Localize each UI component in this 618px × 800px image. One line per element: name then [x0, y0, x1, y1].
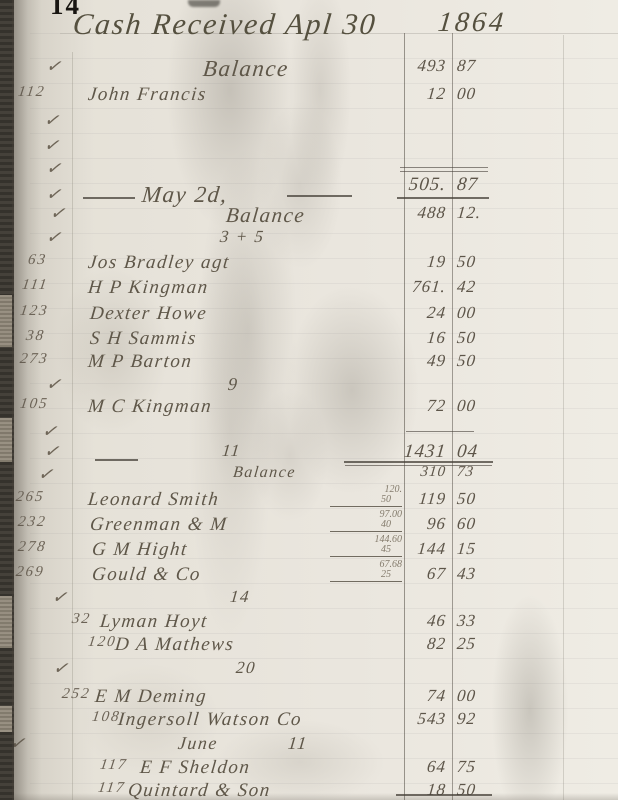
check-mark-icon: ✓	[45, 226, 62, 248]
ledger-row: ✓3 + 5	[0, 227, 618, 253]
binding-fabric-patch	[0, 295, 12, 347]
check-mark-icon: ✓	[43, 109, 60, 131]
amount-cents: 43	[456, 564, 508, 584]
amount-cents: 00	[456, 84, 508, 104]
amount-dollars: 67	[335, 564, 447, 584]
amount-cents: 87	[456, 56, 508, 76]
book-binding-edge	[0, 0, 14, 800]
amount-dollars: 72	[335, 396, 447, 416]
entry-name: M P Barton	[87, 351, 194, 373]
amount-dollars: 310	[335, 464, 447, 481]
entry-name: S H Sammis	[89, 328, 198, 350]
ledger-row: 232Greenman & M97.00409660	[0, 514, 618, 540]
page-title: Cash Received Apl 30	[71, 8, 378, 42]
amount-dollars: 46	[335, 611, 447, 631]
ledger-row: 105M C Kingman7200	[0, 396, 618, 422]
amount-dollars: 18	[335, 780, 447, 800]
amount-dollars: 543	[335, 709, 447, 729]
ledger-row: 278G M Hight144.604514415	[0, 539, 618, 565]
amount-dollars: 12	[335, 84, 447, 104]
check-mark-icon: ✓	[37, 463, 54, 485]
ledger-row: ✓Balance48812.	[0, 203, 618, 229]
account-number: 123	[19, 303, 50, 320]
account-number: 63	[27, 252, 48, 269]
amount-cents: 00	[456, 303, 508, 323]
ledger-row: ✓20	[0, 658, 618, 684]
amount-dollars: 19	[335, 252, 447, 272]
amount-cents: 92	[456, 709, 508, 729]
entry-name: H P Kingman	[87, 277, 210, 299]
page-year: 1864	[436, 7, 507, 39]
amount-cents: 33	[456, 611, 508, 631]
amount-dollars: 761.	[335, 277, 447, 297]
check-mark-icon: ✓	[52, 657, 69, 679]
amount-dollars: 82	[335, 634, 447, 654]
account-number: 265	[15, 489, 46, 506]
amount-cents: 50	[456, 351, 508, 371]
entry-name: Dexter Howe	[89, 303, 209, 325]
binding-fabric-patch	[0, 418, 12, 462]
entry-name: 14	[229, 587, 251, 607]
account-number: 32	[71, 611, 92, 628]
amount-dollars: 16	[335, 328, 447, 348]
check-mark-icon: ✓	[43, 440, 60, 462]
account-number: 38	[25, 328, 46, 345]
amount-dollars: 505.	[335, 174, 447, 196]
account-number: 232	[17, 514, 48, 531]
scan-smudge	[188, 0, 220, 7]
ledger-row: ✓Balance31073	[0, 464, 618, 490]
ledger-row: ✓June11	[0, 733, 618, 759]
entry-name: G M Hight	[91, 539, 189, 561]
entry-name: Greenman & M	[89, 514, 229, 536]
ledger-row: 111H P Kingman761.42	[0, 277, 618, 303]
amount-cents: 87	[456, 174, 508, 196]
entry-name: Quintard & Son	[127, 780, 272, 800]
check-mark-icon: ✓	[49, 202, 66, 224]
amount-cents: 00	[456, 396, 508, 416]
ledger-row: ✓May 2d,505.87	[0, 174, 618, 200]
entry-name: 20	[235, 658, 257, 678]
check-mark-icon: ✓	[41, 420, 58, 442]
amount-cents: 00	[456, 686, 508, 706]
account-number: 269	[15, 564, 46, 581]
account-number: 278	[17, 539, 48, 556]
ledger-row: 123Dexter Howe2400	[0, 303, 618, 329]
account-number: 120	[87, 634, 118, 651]
entry-name: 3 + 5	[219, 227, 266, 247]
amount-dollars: 144	[335, 539, 447, 559]
amount-cents: 50	[456, 780, 508, 800]
account-number: 105	[19, 396, 50, 413]
account-number: 117	[99, 757, 129, 774]
entry-name: June	[177, 733, 219, 754]
amount-cents: 25	[456, 634, 508, 654]
entry-name: D A Mathews	[114, 634, 236, 656]
check-mark-icon: ✓	[45, 373, 62, 395]
amount-dollars: 74	[335, 686, 447, 706]
entry-name: 11	[287, 733, 309, 754]
amount-dollars: 49	[335, 351, 447, 371]
entry-name: Balance	[225, 203, 307, 228]
entry-name: Balance	[232, 464, 297, 482]
amount-dollars: 1431	[335, 441, 447, 463]
ledger-row: ✓Balance49387	[0, 56, 618, 82]
binding-fabric-patch	[0, 596, 12, 648]
check-mark-icon: ✓	[43, 134, 60, 156]
amount-cents: 04	[456, 441, 508, 463]
amount-cents: 15	[456, 539, 508, 559]
entry-name: Lyman Hoyt	[99, 611, 209, 633]
entry-name: 9	[227, 374, 240, 395]
entry-name: Gould & Co	[91, 564, 202, 586]
entry-name: Leonard Smith	[87, 489, 221, 511]
ledger-page: 14 Cash Received Apl 30 1864 ✓Balance493…	[0, 0, 618, 800]
amount-cents: 50	[456, 328, 508, 348]
entry-name: John Francis	[87, 84, 208, 106]
account-number: 273	[19, 351, 50, 368]
check-mark-icon: ✓	[45, 55, 62, 77]
account-number: 117	[97, 780, 127, 797]
entry-name: E F Sheldon	[139, 757, 252, 779]
ledger-row: ✓14	[0, 587, 618, 613]
ledger-row: 117Quintard & Son1850	[0, 780, 618, 800]
amount-cents: 12.	[456, 203, 508, 223]
account-number: 112	[17, 84, 47, 101]
entry-name: Balance	[202, 56, 291, 82]
account-number: 252	[61, 686, 92, 703]
amount-cents: 60	[456, 514, 508, 534]
amount-cents: 50	[456, 489, 508, 509]
amount-dollars: 24	[335, 303, 447, 323]
ledger-row: 265Leonard Smith120.5011950	[0, 489, 618, 515]
check-mark-icon: ✓	[51, 586, 68, 608]
entry-name: M C Kingman	[87, 396, 213, 418]
amount-cents: 50	[456, 252, 508, 272]
entry-name: 11	[221, 441, 242, 461]
amount-dollars: 488	[335, 203, 447, 223]
ledger-row: 112John Francis1200	[0, 84, 618, 110]
amount-cents: 42	[456, 277, 508, 297]
entry-name: Ingersoll Watson Co	[117, 709, 303, 731]
amount-dollars: 493	[335, 56, 447, 76]
ledger-row: 108Ingersoll Watson Co54392	[0, 709, 618, 735]
amount-dollars: 64	[335, 757, 447, 777]
binding-fabric-patch	[0, 706, 12, 732]
amount-dollars: 96	[335, 514, 447, 534]
ledger-row: 63Jos Bradley agt1950	[0, 252, 618, 278]
ledger-row: ✓	[0, 110, 618, 136]
entry-name: E M Deming	[94, 686, 208, 708]
entry-name: Jos Bradley agt	[87, 252, 231, 274]
amount-dollars: 119	[335, 489, 447, 509]
ledger-row: 120D A Mathews8225	[0, 634, 618, 660]
account-number: 111	[21, 277, 50, 294]
amount-cents: 75	[456, 757, 508, 777]
amount-cents: 73	[456, 464, 508, 481]
